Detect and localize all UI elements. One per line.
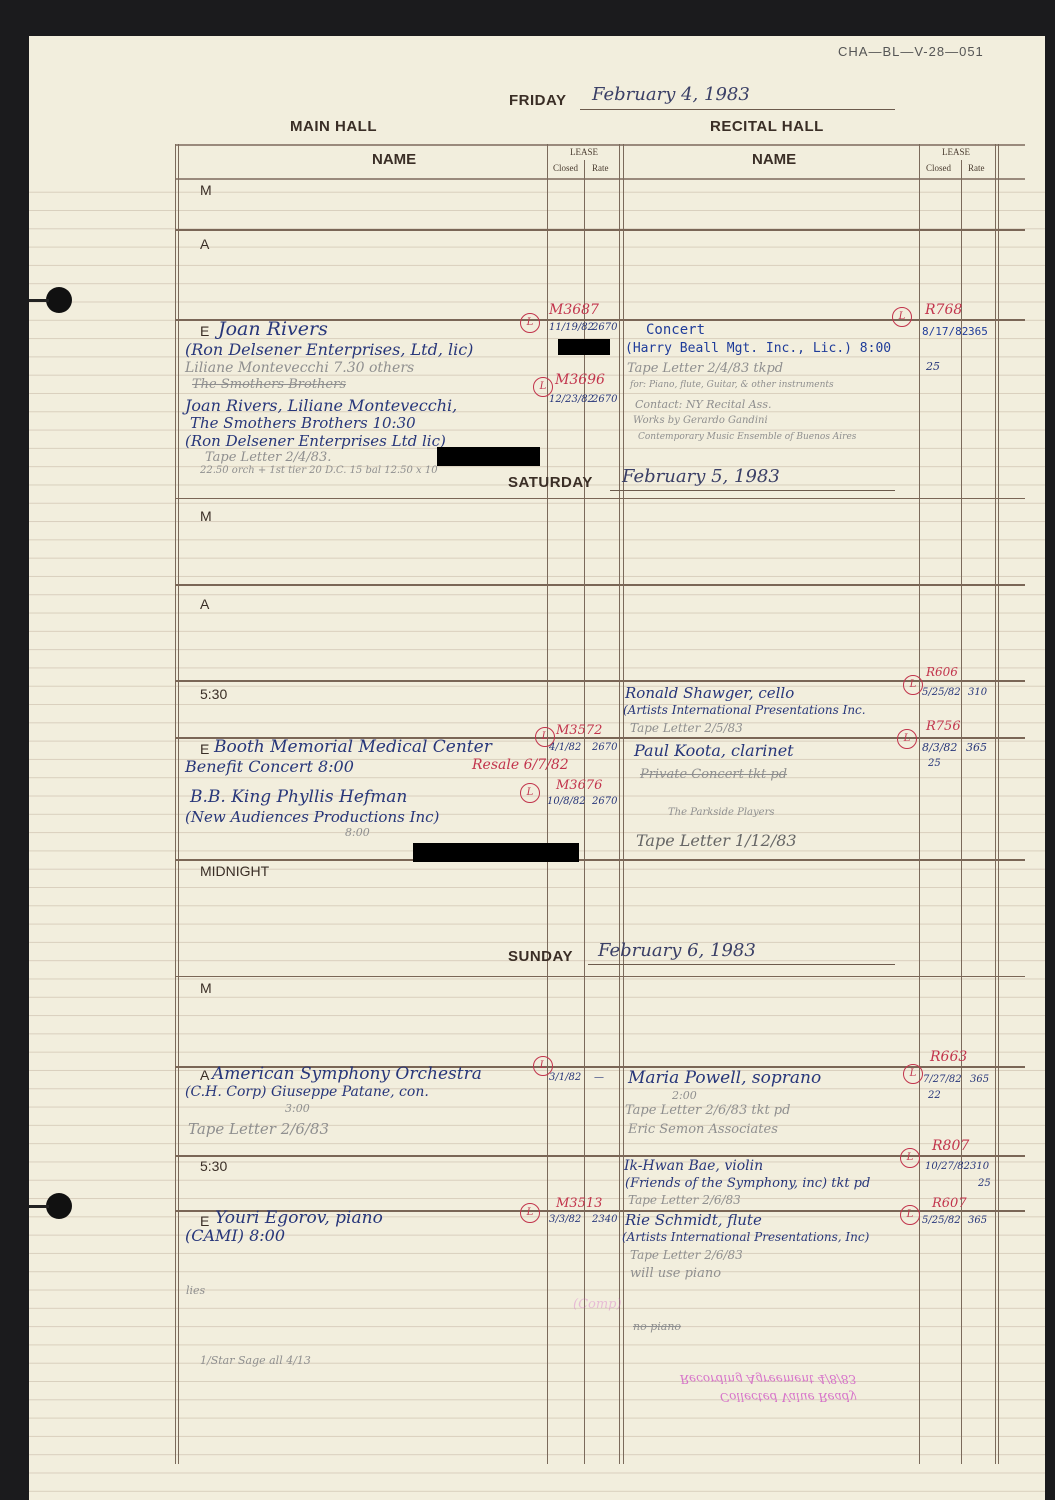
binder-hole [46,287,72,313]
entry-line: 8:00 [345,826,370,839]
entry-line: Tape Letter 2/5/83 [630,721,743,735]
rule [175,584,1025,586]
entry-line: Concert [646,322,705,338]
main-rate-header: Rate [592,163,609,173]
entry-line: 2:00 [672,1089,697,1102]
entry-line: B.B. King Phyllis Hefman [190,787,407,807]
contract-number: R768 [925,302,962,318]
contract-number: M3676 [556,778,602,793]
entry-line: Liliane Montevecchi 7.30 others [185,360,414,376]
rule [178,144,179,1464]
lease-extra: 25 [926,360,940,373]
entry-line: (Harry Beall Mgt. Inc., Lic.) 8:00 [625,341,891,356]
rule [584,160,585,1464]
recital-lease-header: LEASE [942,147,970,157]
lease-rate: 2670 [592,394,617,405]
lease-rate: 365 [966,741,987,754]
rule [998,144,999,1464]
main-name-header: NAME [372,151,416,168]
recital-rate-header: Rate [968,163,985,173]
contract-number: R663 [930,1049,967,1065]
date-friday: February 4, 1983 [592,84,750,105]
lease-rate: 2670 [592,796,617,807]
redaction [413,843,579,862]
entry-line: Rie Schmidt, flute [625,1211,762,1229]
contract-number: R807 [932,1138,969,1154]
closed-date: 3/3/82 [549,1214,581,1225]
lease-circle-icon: L [520,1203,540,1223]
lease-circle-icon: L [900,1148,920,1168]
lease-circle-icon: L [900,1205,920,1225]
lease-rate: 365 [970,1074,989,1085]
entry-line: Tape Letter 2/6/83 [628,1193,741,1207]
binder-hole [46,1193,72,1219]
entry-line: Maria Powell, soprano [628,1068,821,1088]
lease-extra: 25 [928,758,941,769]
rule [175,976,1025,977]
entry-line: Contact: NY Recital Ass. [635,398,771,411]
slot-morning: M [200,980,212,996]
slot-evening: E [200,323,209,339]
day-label-friday: FRIDAY [509,92,566,109]
closed-date: 5/25/82 [922,687,961,698]
rule [619,144,620,1464]
lease-extra: 22 [928,1090,941,1101]
entry-line: Collected Value Ready [720,1390,856,1404]
main-lease-header: LEASE [570,147,598,157]
main-closed-header: Closed [553,163,578,173]
entry-line: Tape Letter 1/12/83 [636,831,797,850]
entry-line: Eric Semon Associates [628,1122,778,1137]
entry-line: Benefit Concert 8:00 [185,757,354,776]
slot-afternoon: A [200,236,209,252]
rule [175,859,1025,861]
lease-extra: 25 [978,1178,991,1189]
lease-circle-icon: L [903,1064,923,1084]
day-label-sunday: SUNDAY [508,948,573,965]
entry-line: for: Piano, flute, Guitar, & other instr… [630,380,834,390]
lease-circle-icon: L [892,307,912,327]
date-underline [580,109,895,110]
entry-line: Ronald Shawger, cello [625,684,794,702]
lease-rate: 365 [968,325,988,338]
entry-line: The Smothers Brothers 10:30 [190,414,416,432]
contract-number: M3696 [555,372,605,388]
binder-hole-tab [29,1205,49,1208]
closed-date: 11/19/82 [549,322,594,333]
closed-date: 12/23/82 [549,394,594,405]
slot-530: 5:30 [200,1158,227,1174]
rule [175,498,1025,499]
entry-line: Paul Koota, clarinet [634,741,794,760]
entry-line: (New Audiences Productions Inc) [185,808,439,826]
entry-line: no piano [633,1320,681,1333]
entry-line: Tape Letter 2/4/83. [205,450,331,465]
entry-line: Recording Agreement 4/8/83 [680,1372,856,1386]
entry-line: Tape Letter 2/4/83 tkpd [627,361,783,376]
entry-line: Works by Gerardo Gandini [633,415,768,426]
entry-line: Contemporary Music Ensemble of Buenos Ai… [638,432,856,442]
binder-hole-tab [29,299,49,302]
entry-line: Joan Rivers [218,318,328,340]
lease-rate: 2340 [592,1214,617,1225]
lease-rate: 365 [968,1215,987,1226]
entry-line: (Ron Delsener Enterprises, Ltd, lic) [185,340,473,359]
date-saturday: February 5, 1983 [622,466,780,487]
slot-morning: M [200,508,212,524]
contract-number: M3513 [556,1196,602,1211]
rule [995,144,996,1464]
day-label-saturday: SATURDAY [508,474,593,491]
lease-rate: 310 [970,1161,989,1172]
entry-line: Tape Letter 2/6/83 [630,1248,743,1262]
closed-date: 3/1/82 [549,1072,581,1083]
date-underline [610,490,895,491]
recital-name-header: NAME [752,151,796,168]
lease-rate: — [594,1072,604,1083]
lease-circle-icon: L [897,729,917,749]
recital-hall-title: RECITAL HALL [710,118,824,135]
rule [175,144,176,1464]
entry-line: (Ron Delsener Enterprises Ltd lic) [185,432,446,450]
column-header-band [175,144,1025,180]
entry-line: (CAMI) 8:00 [185,1226,285,1245]
closed-date: 10/8/82 [547,796,586,807]
entry-line: 3:00 [285,1102,310,1115]
entry-line: (Comp) [573,1297,622,1312]
entry-line: (Artists International Presentations Inc… [623,703,866,717]
redaction [437,447,540,466]
entry-line: American Symphony Orchestra [212,1064,482,1084]
contract-number: R606 [926,665,958,679]
lease-circle-icon: L [520,313,540,333]
entry-line: The Smothers Brothers [192,377,346,392]
recital-closed-header: Closed [926,163,951,173]
slot-evening: E [200,741,209,757]
entry-line: The Parkside Players [668,807,774,818]
entry-line: (C.H. Corp) Giuseppe Patane, con. [185,1084,429,1100]
rule [175,229,1025,231]
rule [175,1155,1025,1157]
contract-number: R756 [926,719,961,734]
entry-line: (Artists International Presentations, In… [622,1230,869,1244]
entry-line: will use piano [630,1266,721,1281]
lease-rate: 2670 [592,742,617,753]
entry-line: lies [186,1284,205,1297]
entry-line: Joan Rivers, Liliane Montevecchi, [185,396,457,415]
entry-line: Youri Egorov, piano [215,1208,383,1228]
contract-number: M3572 [556,723,602,738]
closed-date: 5/25/82 [922,1215,961,1226]
entry-line: 22.50 orch + 1st tier 20 D.C. 15 bal 12.… [200,465,438,476]
redaction [558,339,610,355]
resale-note: Resale 6/7/82 [472,757,569,773]
entry-line: Tape Letter 2/6/83 [188,1120,329,1138]
contract-number: R607 [932,1196,967,1211]
rule [175,680,1025,682]
lease-rate: 310 [968,687,987,698]
closed-date: 8/3/82 [922,741,957,754]
entry-line: Ik-Hwan Bae, violin [624,1158,763,1174]
main-hall-title: MAIN HALL [290,118,377,135]
reference-code: CHA—BL—V-28—051 [838,44,984,59]
date-underline [588,964,895,965]
entry-line: 1/Star Sage all 4/13 [200,1354,311,1367]
entry-line: (Friends of the Symphony, inc) tkt pd [625,1176,870,1191]
date-sunday: February 6, 1983 [598,940,756,961]
slot-afternoon: A [200,596,209,612]
rule [961,160,962,1464]
lease-circle-icon: L [520,783,540,803]
lease-rate: 2670 [592,322,617,333]
entry-line: Tape Letter 2/6/83 tkt pd [625,1103,790,1118]
slot-afternoon: A [200,1067,209,1083]
lease-circle-icon: L [903,675,923,695]
closed-date: 10/27/82 [925,1161,970,1172]
entry-line: Private Concert tkt pd [640,767,787,782]
slot-530: 5:30 [200,686,227,702]
slot-midnight: MIDNIGHT [200,863,269,879]
closed-date: 8/17/82 [922,325,968,338]
entry-line: Booth Memorial Medical Center [214,737,492,757]
contract-number: M3687 [549,302,599,318]
slot-morning: M [200,182,212,198]
closed-date: 7/27/82 [923,1074,962,1085]
rule [623,144,624,1464]
rule [919,144,920,1464]
closed-date: 4/1/82 [549,742,581,753]
